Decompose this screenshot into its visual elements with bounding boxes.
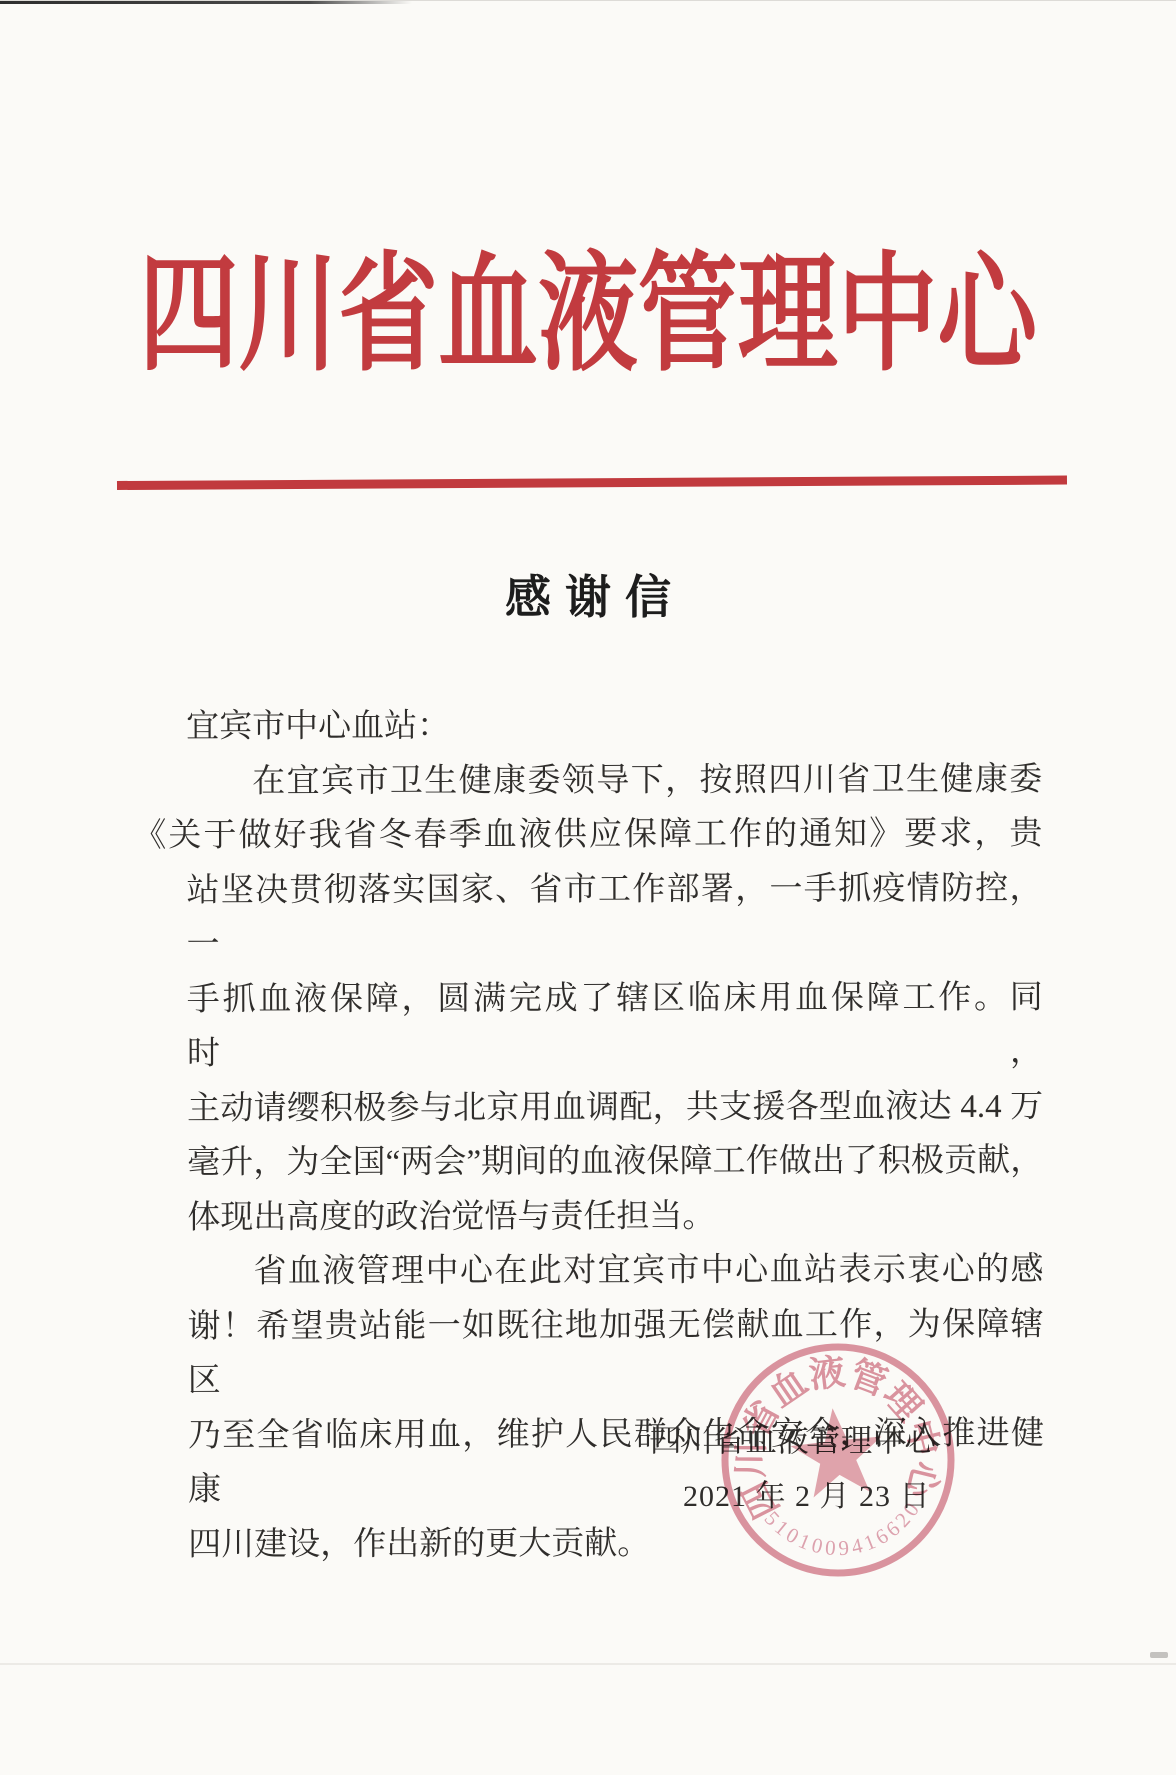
letterhead-org-name: 四川省血液管理中心 [129,250,1046,380]
scanned-letter-page: 四川省血液管理中心 感谢信 宜宾市中心血站：在宜宾市卫生健康委领导下，按照四川省… [0,0,1176,1775]
seal-star-icon [787,1404,887,1500]
body-line: 体现出高度的政治觉悟与责任担当。 [187,1188,1043,1245]
paper-crease-line [0,1663,1176,1665]
official-seal-stamp: 四川省血液管理中心 5101009416620 [695,1317,981,1603]
body-line: 主动请缨积极参与北京用血调配，共支援各型血液达 4.4 万 [187,1079,1043,1136]
scanner-mark [1150,1652,1168,1658]
body-line: 省血液管理中心在此对宜宾市中心血站表示衷心的感 [187,1243,1043,1300]
body-line: 宜宾市中心血站： [186,698,1042,755]
scanner-top-edge [0,0,1176,1]
body-line: 手抓血液保障，圆满完成了辖区临床用血保障工作。同时， [187,970,1043,1081]
letter-title: 感谢信 [0,572,1176,622]
body-line: 站坚决贯彻落实国家、省市工作部署，一手抓疫情防控，一 [186,861,1042,972]
body-line: 毫升，为全国“两会”期间的血液保障工作做出了积极贡献， [187,1134,1043,1191]
body-line: 在宜宾市卫生健康委领导下，按照四川省卫生健康委 [186,752,1042,809]
letterhead-rule [117,476,1067,490]
body-line: 《关于做好我省冬春季血液供应保障工作的通知》要求，贵 [133,807,1042,864]
